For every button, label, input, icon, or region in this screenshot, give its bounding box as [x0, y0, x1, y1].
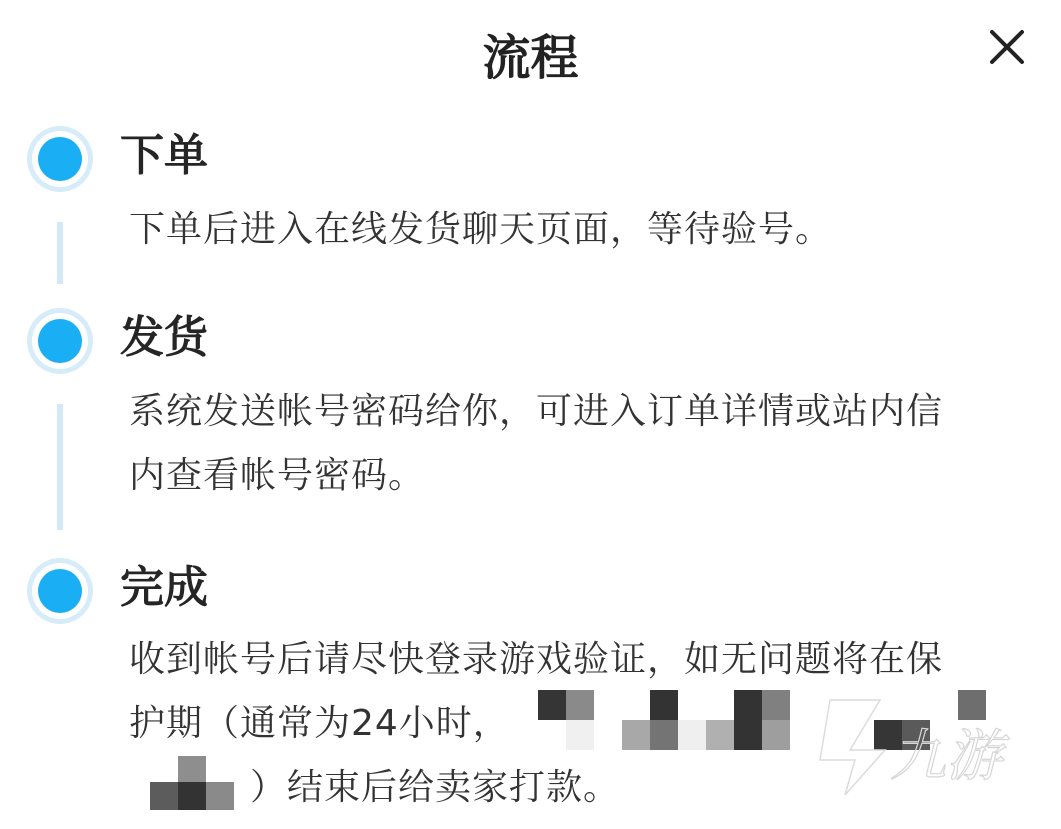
step-marker-complete [27, 558, 93, 624]
timeline-connector [57, 222, 63, 284]
step-title-ship: 发货 [120, 310, 208, 366]
step-title-order: 下单 [120, 128, 208, 184]
step-marker-order [27, 126, 93, 192]
close-icon [984, 24, 1030, 70]
step-desc-ship-line2: 内查看帐号密码。 [129, 444, 1029, 508]
step-title-complete: 完成 [120, 560, 208, 616]
step-desc-ship-line1: 系统发送帐号密码给你，可进入订单详情或站内信 [129, 380, 1029, 444]
page-title: 流程 [0, 28, 1061, 88]
step-dot [38, 569, 82, 613]
close-button[interactable] [984, 24, 1030, 70]
step-dot [38, 137, 82, 181]
step-desc-order: 下单后进入在线发货聊天页面，等待验号。 [129, 198, 1029, 262]
step-desc-complete-line1: 收到帐号后请尽快登录游戏验证，如无问题将在保 [129, 628, 1029, 692]
step-marker-ship [27, 308, 93, 374]
timeline-connector [57, 404, 63, 530]
step-desc-complete-line3: ）结束后给卖家打款。 [250, 756, 1061, 820]
step-dot [38, 319, 82, 363]
